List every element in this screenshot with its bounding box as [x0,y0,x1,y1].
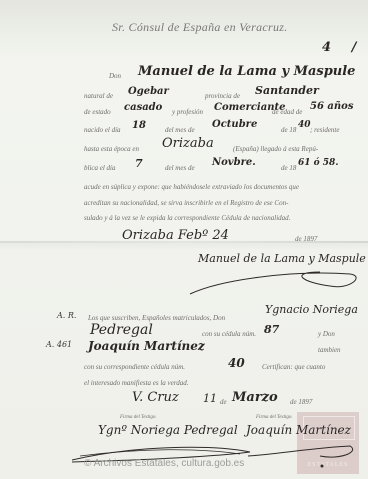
profesion-label: y profesión [172,108,203,116]
natural-value: Ogebar [128,86,169,97]
cert-day: 11 [203,392,217,405]
document-heading: Sr. Cónsul de España en Veracruz. [112,20,288,35]
witness2-signature: Joaquín Martínez [246,423,351,437]
nacido-label: nacido el día [84,126,121,134]
cedula-label: con su cédula núm. [202,330,256,338]
nacido-anio-label: de 18 [281,126,296,134]
edad-value: 56 años [310,101,353,112]
cert-month: Marzo [232,390,278,405]
nacido-mes-label: del mes de [165,126,195,134]
body-line-2: acreditan su nacionalidad, se sirva insc… [84,199,288,207]
llegada-mes: Novbre. [212,157,256,168]
llegada-mes-label: del mes de [165,164,195,172]
petition-year: de 1897 [295,235,317,243]
witness1-name-a: Ygnacio Noriega [265,303,358,316]
nacido-anio: 40 [298,120,311,130]
petition-place-date: Orizaba Febº 24 [122,228,229,243]
cert-de-label: de [220,398,227,406]
witness1-signature: Ygnº Noriega Pedregal [98,423,238,437]
cert-line-5: el interesado manifiesta es la verdad. [84,379,188,387]
copyright-watermark: © Archivos Estatales, cultura.gob.es [84,458,244,469]
llegada-anio-label: de 18 [281,164,296,172]
estado-label: de estado [84,108,111,116]
cert-line-4: con su correspondiente cédula núm. [84,363,185,371]
petitioner-name: Manuel de la Lama y Maspule [138,64,355,79]
nacido-mes: Octubre [212,119,257,130]
cert-year: de 1897 [290,398,312,406]
edad-label: de edad de [272,108,302,116]
pais-label: (España) llegado á esta Repú- [233,145,318,153]
margin-note-ar: A. R. [57,311,76,320]
natural-label: natural de [84,92,113,100]
signature-flourish [180,262,360,302]
tambien-label: tambien [318,346,341,354]
witness2-name: Joaquín Martínez [88,339,205,353]
provincia-value: Santander [255,84,319,97]
nacido-dia: 18 [132,120,146,131]
estado-value: casado [124,102,162,113]
blica-label: blica el día [84,164,116,172]
firma-label-2: Firma del Testigo. [256,415,293,420]
hasta-label: hasta esta época en [84,145,139,153]
provincia-label: provincia de [205,92,240,100]
body-line-1: acude en súplica y expone: que habiéndos… [84,183,299,191]
witness1-cedula: 87 [264,323,279,336]
margin-note-a461: A. 461 [46,340,72,349]
witness1-name-b: Pedregal [90,322,153,338]
don-label: Don [109,72,121,80]
cert-line-1: Los que suscriben, Españoles matriculado… [88,314,225,322]
y-don-label: y Don [318,330,335,338]
residente-label: ; residente [310,126,339,134]
residencia-value: Orizaba [162,136,214,151]
llegada-dia: 7 [135,157,143,170]
witness2-cedula: 40 [228,356,245,370]
corner-marks: 4 / 4 [322,40,368,55]
llegada-anio: 61 ó 58. [298,158,338,168]
cert-place: V. Cruz [132,390,179,405]
firma-label-1: Firma del Testigo. [120,415,157,420]
certifican-label: Certifican: que cuanto [262,363,325,371]
body-line-3: sulado y á la vez se le expida la corres… [84,214,290,222]
